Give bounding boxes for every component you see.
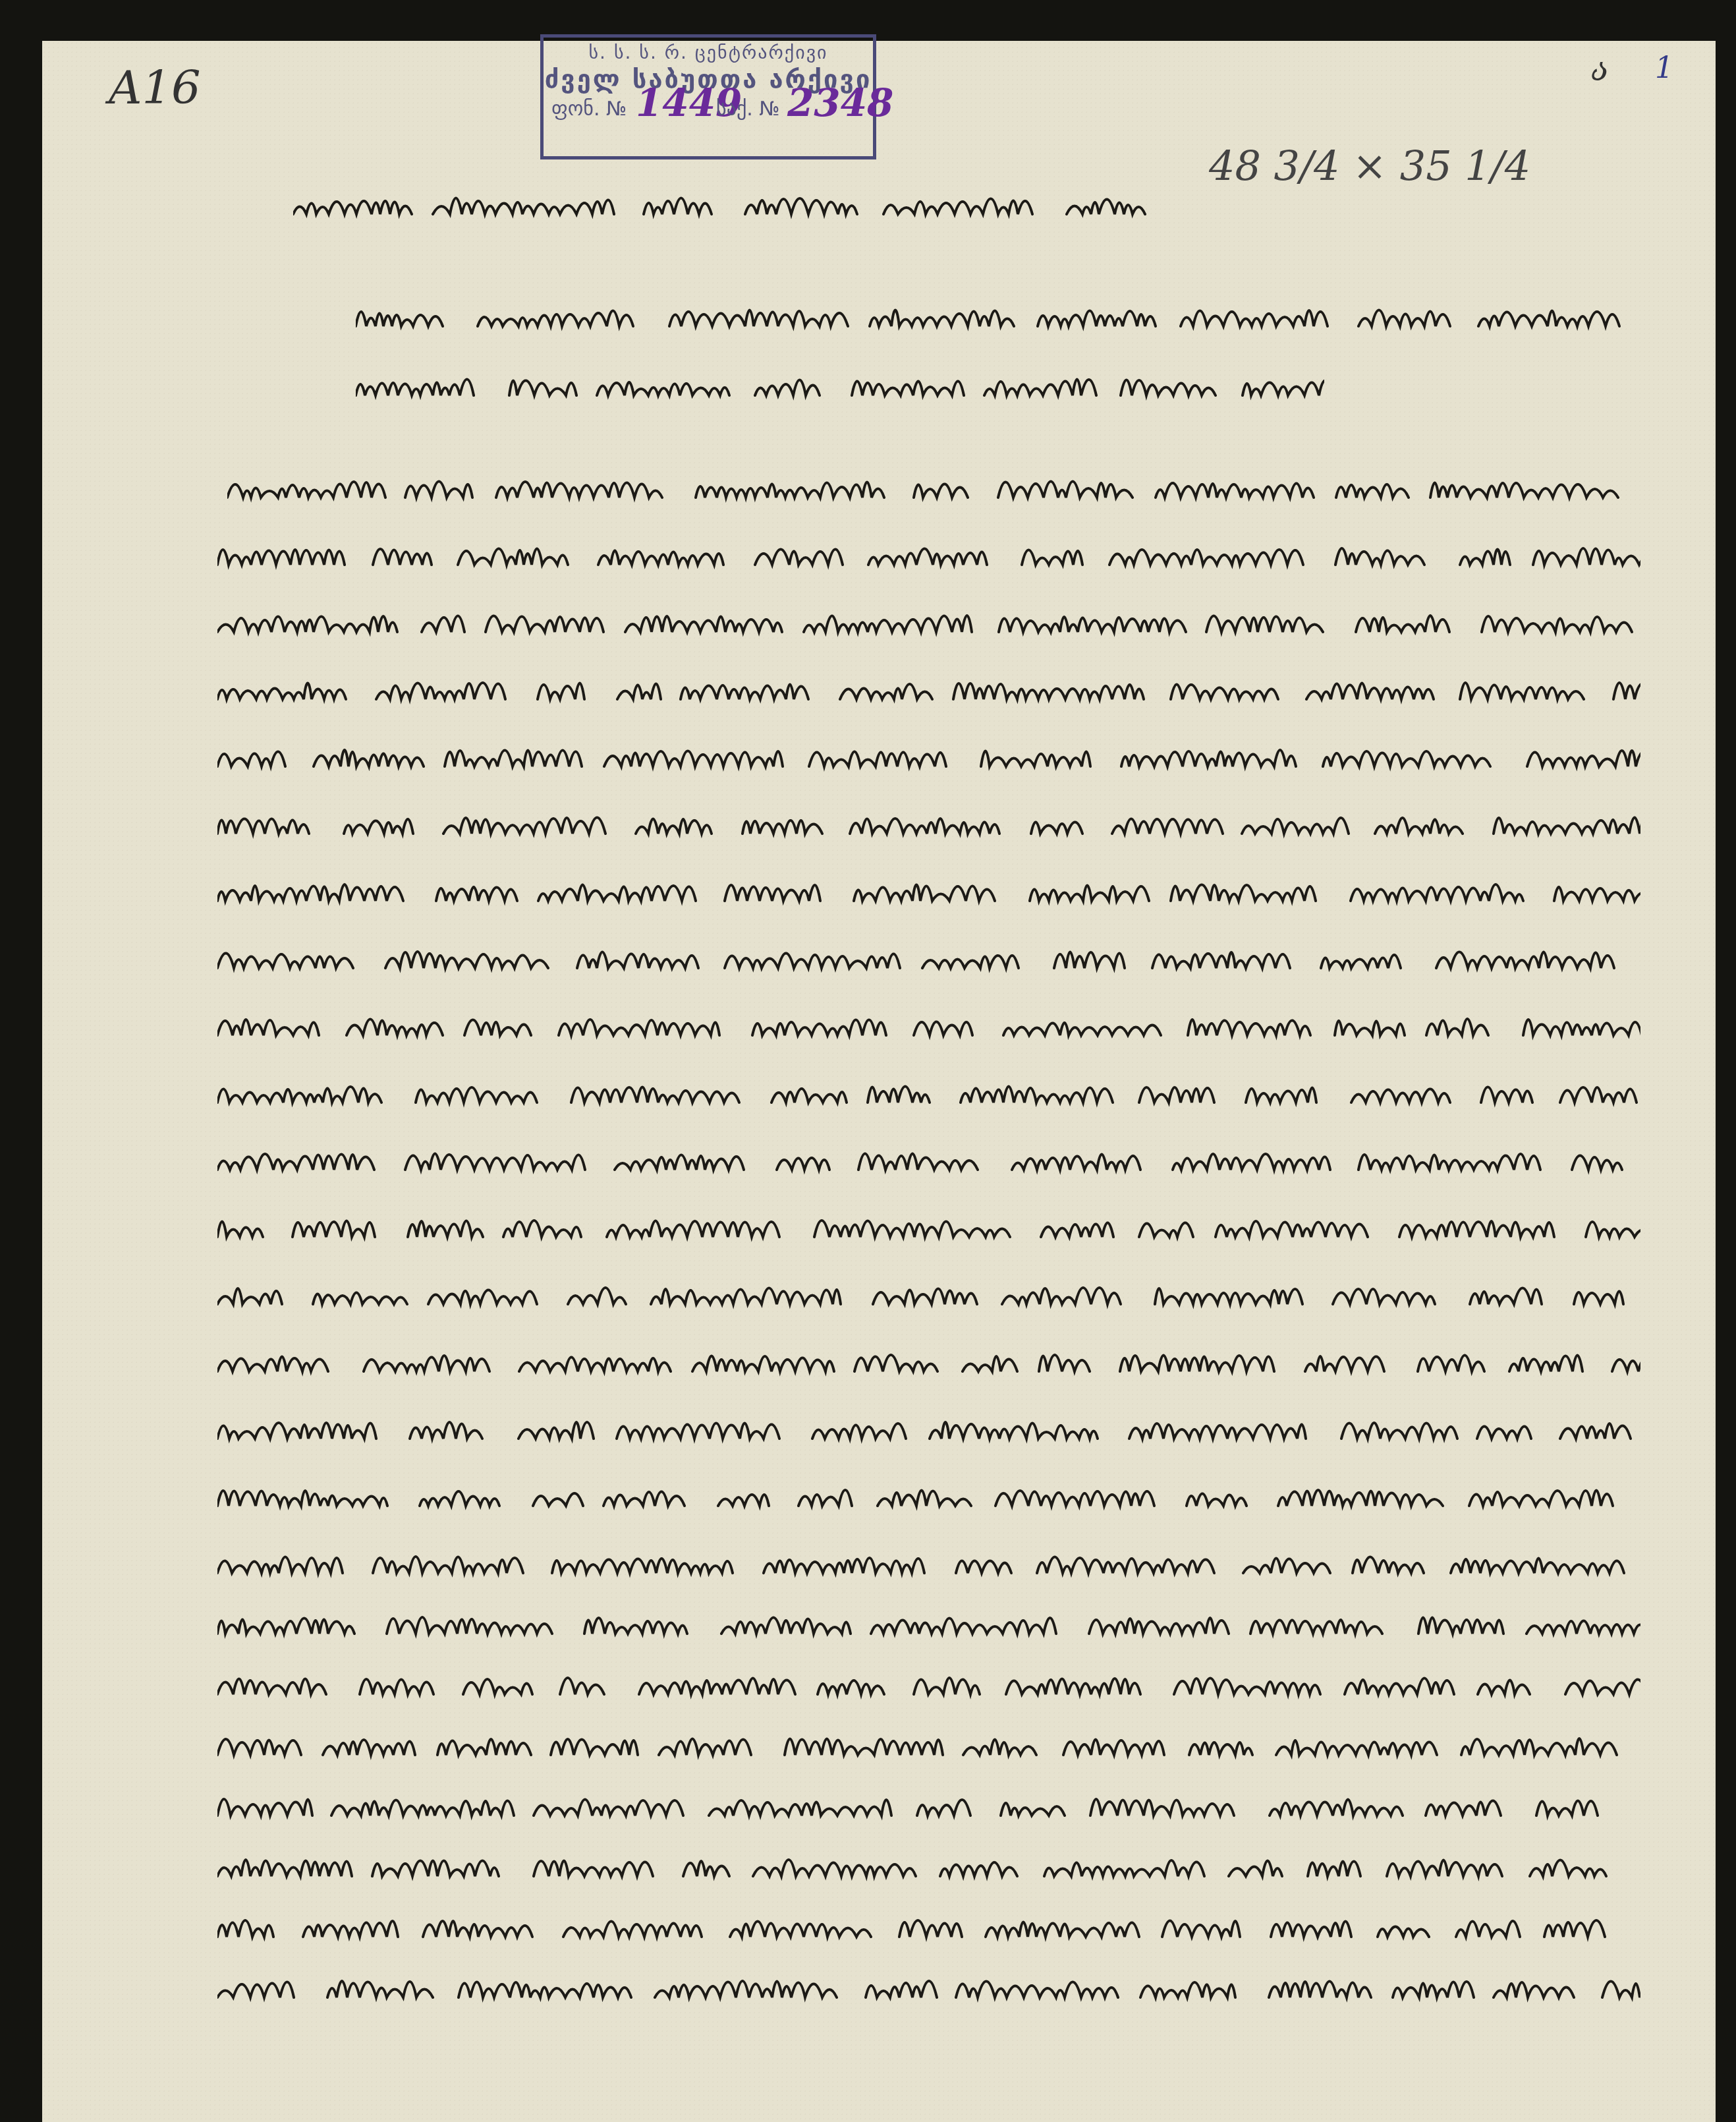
paragraph-line — [217, 865, 1640, 924]
folio-mark: A16 — [109, 61, 201, 115]
paragraph-line — [217, 1658, 1640, 1717]
stamp-fond-label: ფონ. № — [551, 98, 627, 121]
paragraph-line — [217, 1268, 1640, 1327]
paragraph-line — [217, 797, 1640, 857]
heading-line — [293, 178, 1146, 237]
stamp-item-number: 2348 — [787, 80, 893, 125]
subheading-line — [356, 359, 1324, 418]
paragraph-line — [227, 461, 1640, 521]
paragraph-line — [217, 932, 1640, 991]
paragraph-line — [217, 1961, 1640, 2021]
stamp-item-label: საქ. № — [716, 98, 780, 121]
paragraph-line — [217, 730, 1640, 789]
paragraph-line — [217, 1066, 1640, 1126]
paragraph-line — [217, 663, 1640, 722]
paragraph-line — [217, 1719, 1640, 1778]
paragraph-line — [217, 999, 1640, 1058]
paragraph-line — [217, 1901, 1640, 1960]
paragraph-line — [217, 1537, 1640, 1596]
page-mark-letter: ა — [1591, 51, 1608, 88]
paragraph-line — [217, 1133, 1640, 1193]
paragraph-line — [217, 1470, 1640, 1529]
paragraph-line — [217, 1597, 1640, 1657]
page-mark-number: 1 — [1655, 51, 1673, 85]
paragraph-line — [217, 1840, 1640, 1899]
paragraph-line — [217, 1779, 1640, 1839]
paragraph-line — [217, 596, 1640, 655]
paragraph-line — [217, 1402, 1640, 1462]
paragraph-line — [217, 1201, 1640, 1260]
archive-stamp: ს. ს. ს. რ. ცენტრარქივი ძველ საბუთთა არქ… — [540, 34, 876, 159]
subheading-line — [356, 290, 1627, 349]
stamp-line-1: ს. ს. ს. რ. ცენტრარქივი — [544, 42, 873, 63]
stamp-line-3: ფონ. № 1449 საქ. № 2348 — [544, 98, 873, 121]
dimensions-note: 48 3/4 × 35 1/4 — [1209, 142, 1530, 190]
paragraph-line — [217, 1335, 1640, 1394]
paragraph-line — [217, 529, 1640, 588]
